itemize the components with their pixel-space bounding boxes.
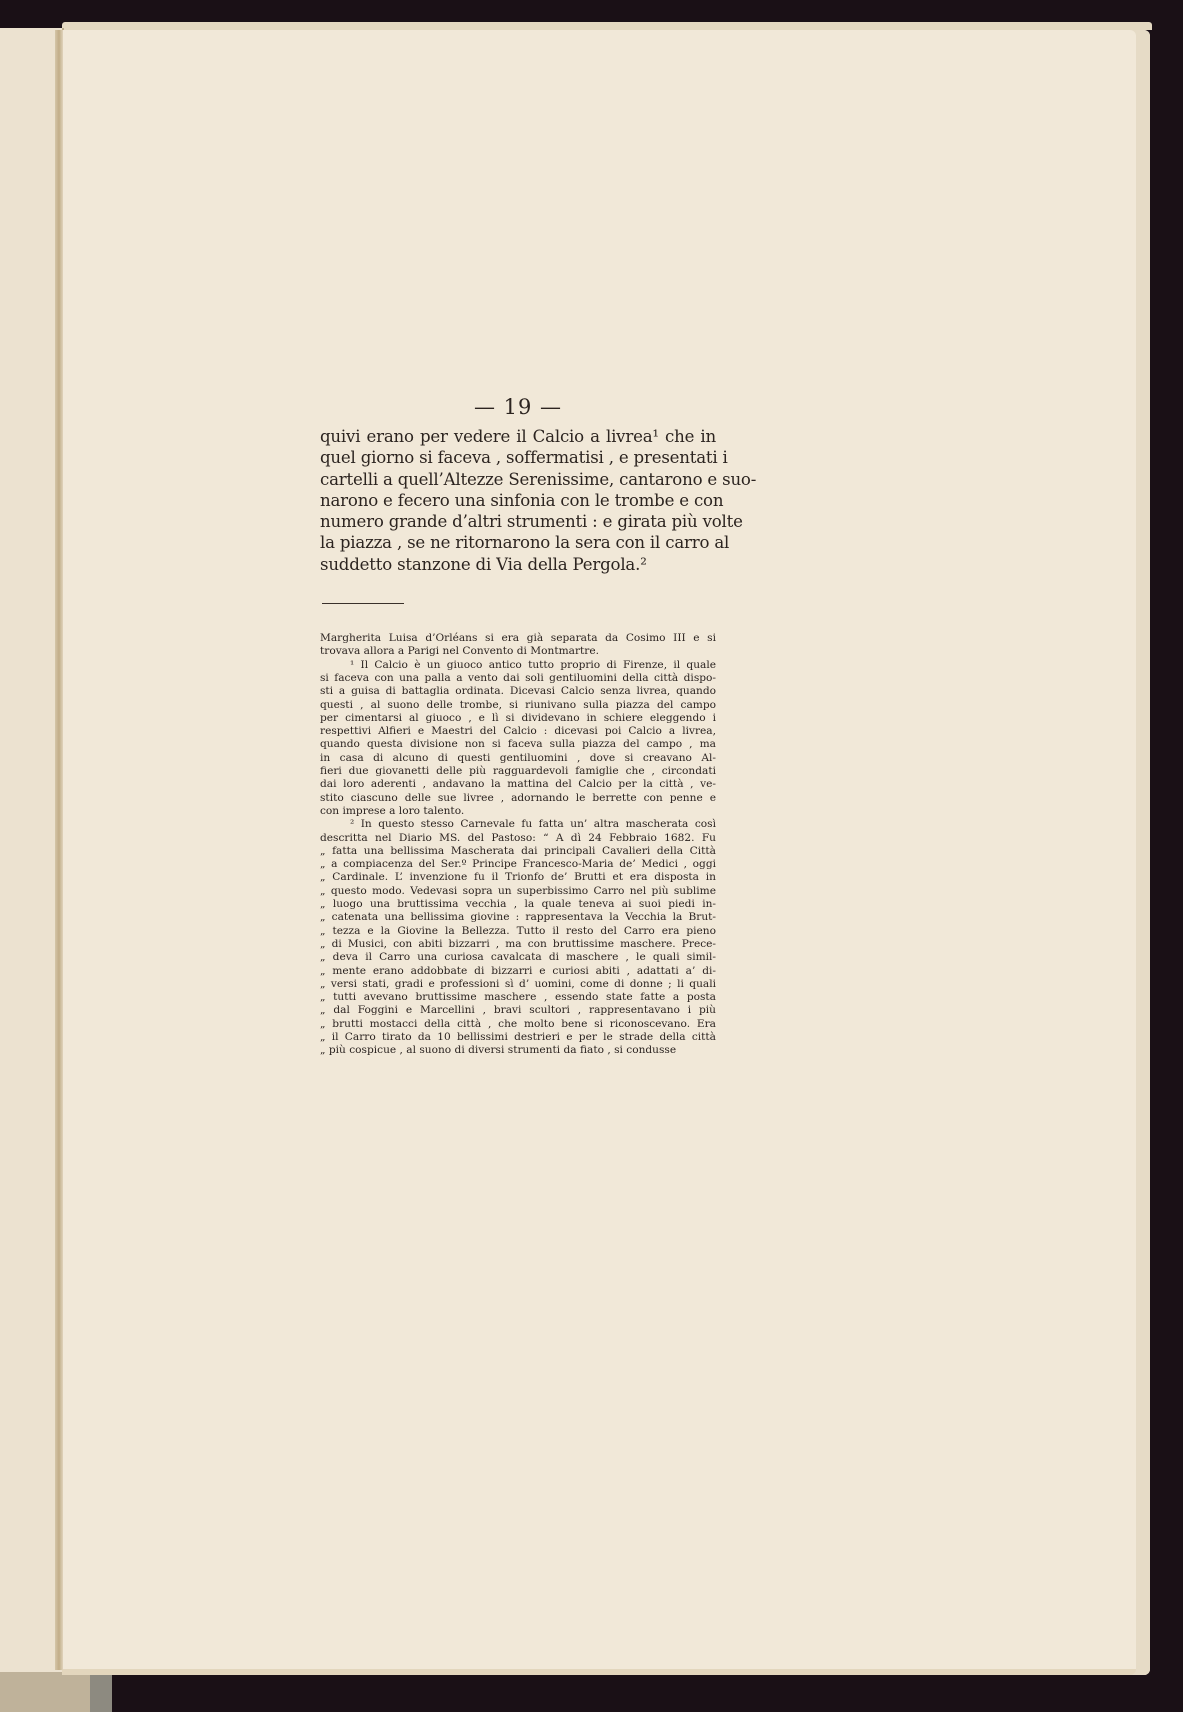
text-line: sti a guisa di battaglia ordinata. Dicev… bbox=[320, 685, 716, 698]
text-line: „ più cospicue , al suono di diversi str… bbox=[320, 1044, 716, 1057]
text-line: „ di Musici, con abiti bizzarri , ma con… bbox=[320, 938, 716, 951]
text-line: quivi erano per vedere il Calcio a livre… bbox=[320, 426, 716, 447]
page-top-edge bbox=[62, 22, 1152, 30]
text-line: „ tutti avevano bruttissime maschere , e… bbox=[320, 991, 716, 1004]
footnote-rule bbox=[322, 603, 404, 604]
binding-strip bbox=[90, 1672, 112, 1712]
text-line: „ luogo una bruttissima vecchia , la qua… bbox=[320, 898, 716, 911]
text-line: trovava allora a Parigi nel Convento di … bbox=[320, 645, 716, 658]
text-line: „ versi stati, gradi e professioni sì d’… bbox=[320, 978, 716, 991]
page-number: — 19 — bbox=[320, 395, 716, 419]
text-line: ¹ Il Calcio è un giuoco antico tutto pro… bbox=[320, 659, 716, 672]
text-line: quando questa divisione non si faceva su… bbox=[320, 738, 716, 751]
text-line: „ Cardinale. L’ invenzione fu il Trionfo… bbox=[320, 871, 716, 884]
footnote-2: ² In questo stesso Carnevale fu fatta un… bbox=[320, 818, 716, 1057]
text-line: numero grande d’altri strumenti : e gira… bbox=[320, 511, 716, 532]
footnote-continuation: Margherita Luisa d’Orléans si era già se… bbox=[320, 632, 716, 659]
page-content: — 19 — quivi erano per vedere il Calcio … bbox=[320, 395, 716, 1058]
text-line: suddetto stanzone di Via della Pergola.² bbox=[320, 554, 716, 575]
text-line: narono e fecero una sinfonia con le trom… bbox=[320, 490, 716, 511]
text-line: „ brutti mostacci della città , che molt… bbox=[320, 1018, 716, 1031]
text-line: fieri due giovanetti delle più ragguarde… bbox=[320, 765, 716, 778]
text-line: la piazza , se ne ritornarono la sera co… bbox=[320, 532, 716, 553]
text-line: si faceva con una palla a vento dai soli… bbox=[320, 672, 716, 685]
text-line: „ questo modo. Vedevasi sopra un superbi… bbox=[320, 885, 716, 898]
text-line: per cimentarsi al giuoco , e lì si divid… bbox=[320, 712, 716, 725]
text-line: dai loro aderenti , andavano la mattina … bbox=[320, 778, 716, 791]
text-line: cartelli a quell’Altezze Serenissime, ca… bbox=[320, 469, 716, 490]
text-line: „ fatta una bellissima Mascherata dai pr… bbox=[320, 845, 716, 858]
text-line: „ deva il Carro una curiosa cavalcata di… bbox=[320, 951, 716, 964]
text-line: con imprese a loro talento. bbox=[320, 805, 716, 818]
text-line: „ il Carro tirato da 10 bellissimi destr… bbox=[320, 1031, 716, 1044]
text-line: respettivi Alfieri e Maestri del Calcio … bbox=[320, 725, 716, 738]
text-line: quel giorno si faceva , soffermatisi , e… bbox=[320, 447, 716, 468]
footnotes: Margherita Luisa d’Orléans si era già se… bbox=[320, 632, 716, 1058]
text-line: „ mente erano addobbate di bizzarri e cu… bbox=[320, 965, 716, 978]
body-paragraph: quivi erano per vedere il Calcio a livre… bbox=[320, 426, 716, 575]
text-line: „ catenata una bellissima giovine : rapp… bbox=[320, 911, 716, 924]
text-line: „ tezza e la Giovine la Bellezza. Tutto … bbox=[320, 925, 716, 938]
text-line: stito ciascuno delle sue livree , adorna… bbox=[320, 792, 716, 805]
text-line: Margherita Luisa d’Orléans si era già se… bbox=[320, 632, 716, 645]
text-line: ² In questo stesso Carnevale fu fatta un… bbox=[320, 818, 716, 831]
text-line: in casa di alcuno di questi gentiluomini… bbox=[320, 752, 716, 765]
text-line: „ a compiacenza del Ser.º Principe Franc… bbox=[320, 858, 716, 871]
text-line: descritta nel Diario MS. del Pastoso: “ … bbox=[320, 832, 716, 845]
text-line: „ dal Foggini e Marcellini , bravi scult… bbox=[320, 1004, 716, 1017]
text-line: questi , al suono delle trombe, si riuni… bbox=[320, 699, 716, 712]
book-gutter bbox=[55, 30, 63, 1670]
footnote-1: ¹ Il Calcio è un giuoco antico tutto pro… bbox=[320, 659, 716, 819]
